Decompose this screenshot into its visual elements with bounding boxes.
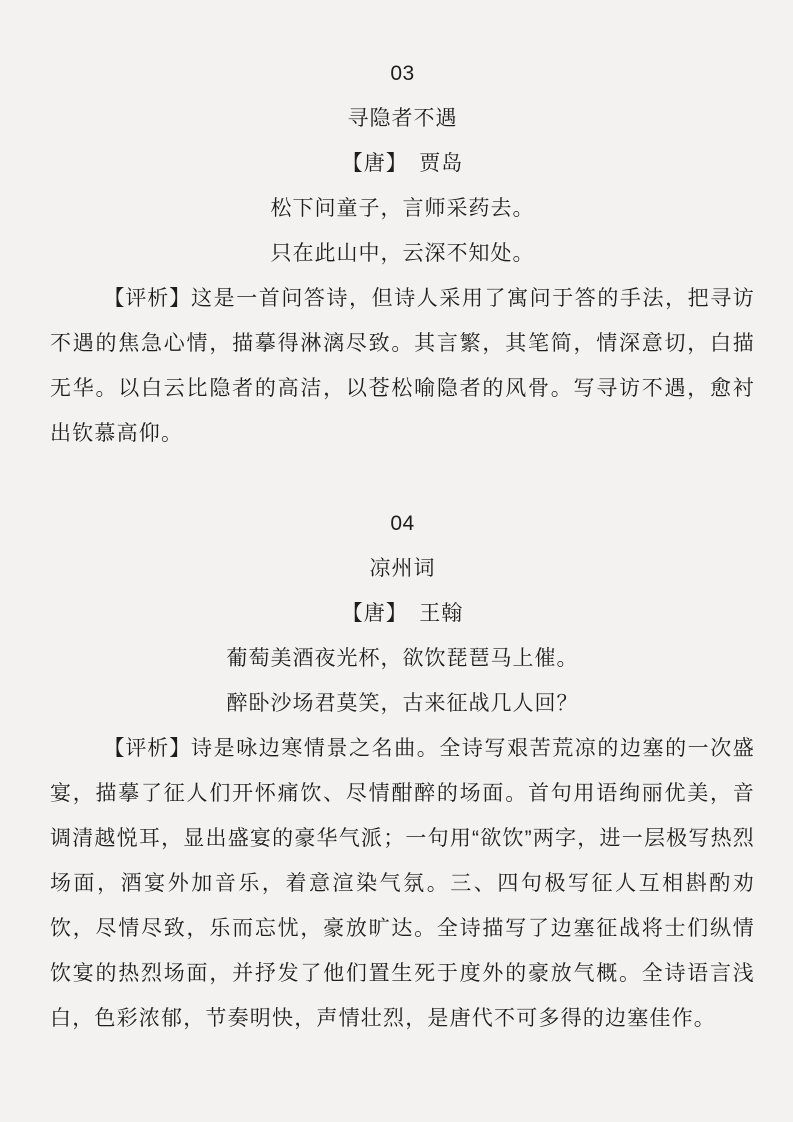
poem-author: 【唐】 王翰 [50,591,755,636]
analysis-label: 【评析】 [104,737,192,760]
poem-author: 【唐】 贾岛 [50,141,755,186]
poem-section-03: 03 寻隐者不遇 【唐】 贾岛 松下问童子，言师采药去。 只在此山中，云深不知处… [50,51,755,456]
analysis-text: 这是一首问答诗，但诗人采用了寓问于答的手法，把寻访不遇的焦急心情，描摹得淋漓尽致… [50,287,755,445]
poem-line: 醉卧沙场君莫笑，古来征战几人回？ [50,681,755,726]
section-number: 03 [50,51,755,96]
section-number: 04 [50,501,755,546]
analysis-text: 诗是咏边寒情景之名曲。全诗写艰苦荒凉的边塞的一次盛宴，描摹了征人们开怀痛饮、尽情… [50,737,755,1030]
poem-line: 松下问童子，言师采药去。 [50,186,755,231]
analysis-paragraph: 【评析】诗是咏边寒情景之名曲。全诗写艰苦荒凉的边塞的一次盛宴，描摹了征人们开怀痛… [50,726,755,1041]
analysis-label: 【评析】 [104,287,192,310]
poem-line: 只在此山中，云深不知处。 [50,231,755,276]
poem-line: 葡萄美酒夜光杯，欲饮琵琶马上催。 [50,636,755,681]
poem-section-04: 04 凉州词 【唐】 王翰 葡萄美酒夜光杯，欲饮琵琶马上催。 醉卧沙场君莫笑，古… [50,501,755,1041]
poem-title: 寻隐者不遇 [50,96,755,141]
poem-title: 凉州词 [50,546,755,591]
analysis-paragraph: 【评析】这是一首问答诗，但诗人采用了寓问于答的手法，把寻访不遇的焦急心情，描摹得… [50,276,755,456]
document-page: 03 寻隐者不遇 【唐】 贾岛 松下问童子，言师采药去。 只在此山中，云深不知处… [0,0,793,1122]
